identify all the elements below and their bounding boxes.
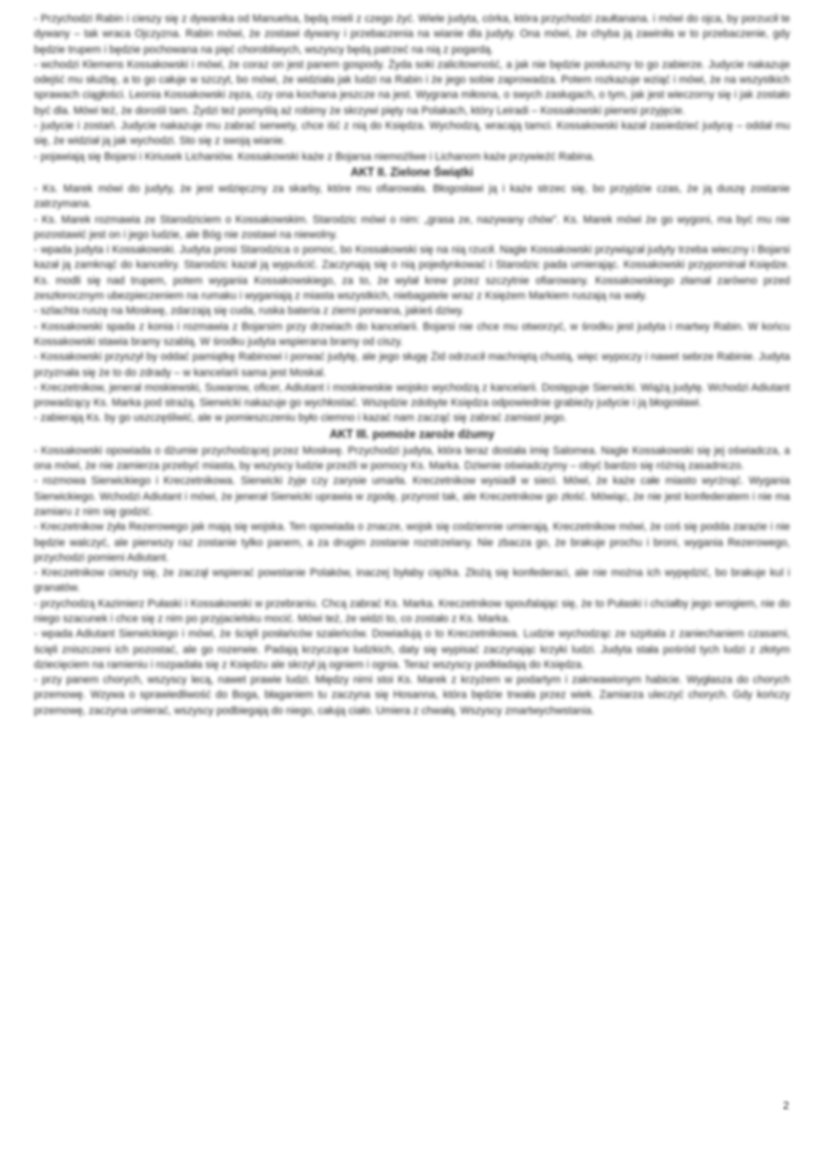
paragraph: - Kreczetnikow żyła Rezerowego jak mają …	[34, 520, 790, 566]
paragraph: - Ks. Marek mówi do judyty, że jest wdzi…	[34, 182, 790, 213]
paragraph: - szlachta ruszę na Moskwę, zdarzają się…	[34, 304, 790, 319]
paragraph: - pojawiają się Bojarsi i Kiriusek Licha…	[34, 150, 790, 165]
document-page: - Przychodzi Rabin i cieszy się z dywani…	[34, 12, 790, 719]
section-act-2: AKT II. Zielone Świątki - Ks. Marek mówi…	[34, 165, 790, 427]
section-heading: AKT II. Zielone Świątki	[34, 165, 790, 182]
section-intro: - Przychodzi Rabin i cieszy się z dywani…	[34, 12, 790, 165]
section-act-3: AKT III. pomoże zaroże dżumy - Kossakows…	[34, 427, 790, 719]
paragraph: - Kossakowski opowiada o dżumie przychod…	[34, 444, 790, 475]
paragraph: - przy panem chorych, wszyscy lecą, nawe…	[34, 673, 790, 719]
paragraph: - przychodzą Kazimierz Pułaski i Kossako…	[34, 597, 790, 628]
paragraph: - judycie i zostań. Judycie nakazuje mu …	[34, 119, 790, 150]
paragraph: - zabierają Ks. by go uszczęśliwić, ale …	[34, 411, 790, 426]
paragraph: - wpada judyta i Kossakowski. Judyta pro…	[34, 243, 790, 304]
paragraph: - Kossakowski spada z konia i rozmawia z…	[34, 320, 790, 351]
paragraph: - Kreczetnikow, jenerał moskiewski, Suwa…	[34, 381, 790, 412]
paragraph: - Przychodzi Rabin i cieszy się z dywani…	[34, 12, 790, 58]
page-number: 2	[783, 1100, 789, 1112]
paragraph: - rozmowa Sierwickiego i Kreczetnikowa. …	[34, 474, 790, 520]
paragraph: - Ks. Marek rozmawia ze Starodziciem o K…	[34, 213, 790, 244]
paragraph: - Kossakowski przyszył by oddać pamiątkę…	[34, 350, 790, 381]
paragraph: - wchodzi Klemens Kossakowski i mówi, że…	[34, 58, 790, 119]
paragraph: - wpada Adiutant Sierwickiego i mówi, że…	[34, 627, 790, 673]
section-heading: AKT III. pomoże zaroże dżumy	[34, 427, 790, 444]
paragraph: - Kreczetnikow cieszy się, że zaczął wsp…	[34, 566, 790, 597]
